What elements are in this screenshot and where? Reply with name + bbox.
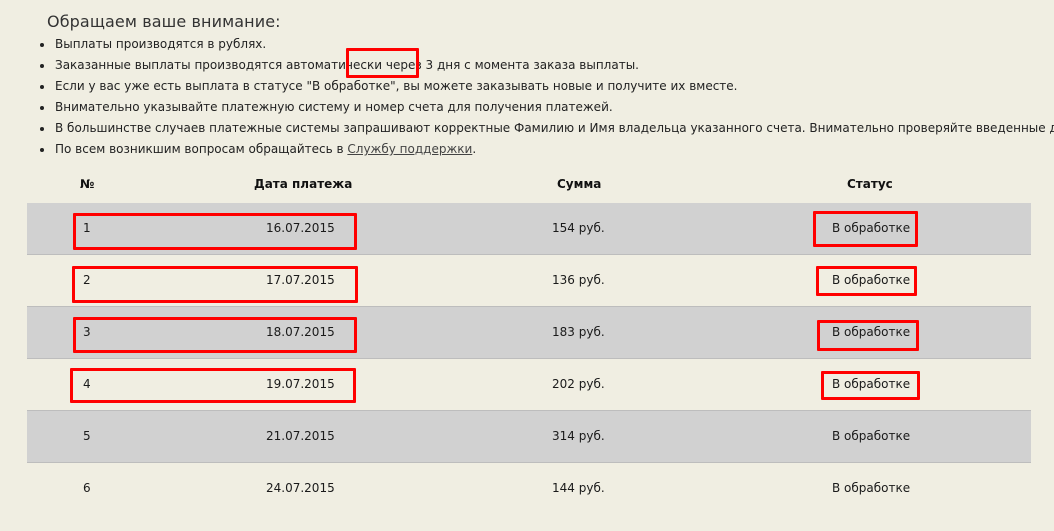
cell-date: 18.07.2015: [266, 325, 335, 339]
cell-num: 5: [83, 429, 91, 443]
notice-item: Выплаты производятся в рублях.: [38, 34, 1054, 55]
cell-status: В обработке: [832, 273, 910, 287]
header-num: №: [80, 177, 94, 191]
cell-sum: 202 руб.: [552, 377, 605, 391]
table-row: 318.07.2015183 руб.В обработке: [27, 307, 1031, 359]
cell-date: 17.07.2015: [266, 273, 335, 287]
notice-item: Внимательно указывайте платежную систему…: [38, 97, 1054, 118]
cell-sum: 144 руб.: [552, 481, 605, 495]
cell-date: 21.07.2015: [266, 429, 335, 443]
support-link[interactable]: Службу поддержки: [347, 142, 472, 156]
table-row: 217.07.2015136 руб.В обработке: [27, 255, 1031, 307]
cell-num: 2: [83, 273, 91, 287]
cell-status: В обработке: [832, 481, 910, 495]
header-status: Статус: [847, 177, 893, 191]
table-row: 419.07.2015202 руб.В обработке: [27, 359, 1031, 411]
table-body: 116.07.2015154 руб.В обработке217.07.201…: [27, 203, 1031, 514]
notice-list: Выплаты производятся в рублях. Заказанны…: [38, 34, 1054, 160]
support-prefix: По всем возникшим вопросам обращайтесь в: [55, 142, 347, 156]
notice-item: Заказанные выплаты производятся автомати…: [38, 55, 1054, 76]
notice-item-support: По всем возникшим вопросам обращайтесь в…: [38, 139, 1054, 160]
cell-date: 24.07.2015: [266, 481, 335, 495]
cell-status: В обработке: [832, 377, 910, 391]
header-date: Дата платежа: [254, 177, 352, 191]
support-suffix: .: [472, 142, 476, 156]
payouts-page: Обращаем ваше внимание: Выплаты производ…: [0, 0, 1054, 531]
cell-status: В обработке: [832, 429, 910, 443]
payouts-table: № Дата платежа Сумма Статус 116.07.20151…: [27, 170, 1031, 514]
table-row: 624.07.2015144 руб.В обработке: [27, 463, 1031, 514]
notice-title: Обращаем ваше внимание:: [47, 12, 281, 31]
cell-status: В обработке: [832, 325, 910, 339]
cell-sum: 183 руб.: [552, 325, 605, 339]
cell-num: 1: [83, 221, 91, 235]
table-row: 116.07.2015154 руб.В обработке: [27, 203, 1031, 255]
cell-sum: 154 руб.: [552, 221, 605, 235]
cell-status: В обработке: [832, 221, 910, 235]
table-header: № Дата платежа Сумма Статус: [27, 170, 1031, 203]
table-row: 521.07.2015314 руб.В обработке: [27, 411, 1031, 463]
cell-num: 4: [83, 377, 91, 391]
cell-date: 16.07.2015: [266, 221, 335, 235]
notice-item: Если у вас уже есть выплата в статусе "В…: [38, 76, 1054, 97]
cell-sum: 136 руб.: [552, 273, 605, 287]
cell-num: 6: [83, 481, 91, 495]
cell-date: 19.07.2015: [266, 377, 335, 391]
header-sum: Сумма: [557, 177, 601, 191]
cell-num: 3: [83, 325, 91, 339]
cell-sum: 314 руб.: [552, 429, 605, 443]
notice-item: В большинстве случаев платежные системы …: [38, 118, 1054, 139]
